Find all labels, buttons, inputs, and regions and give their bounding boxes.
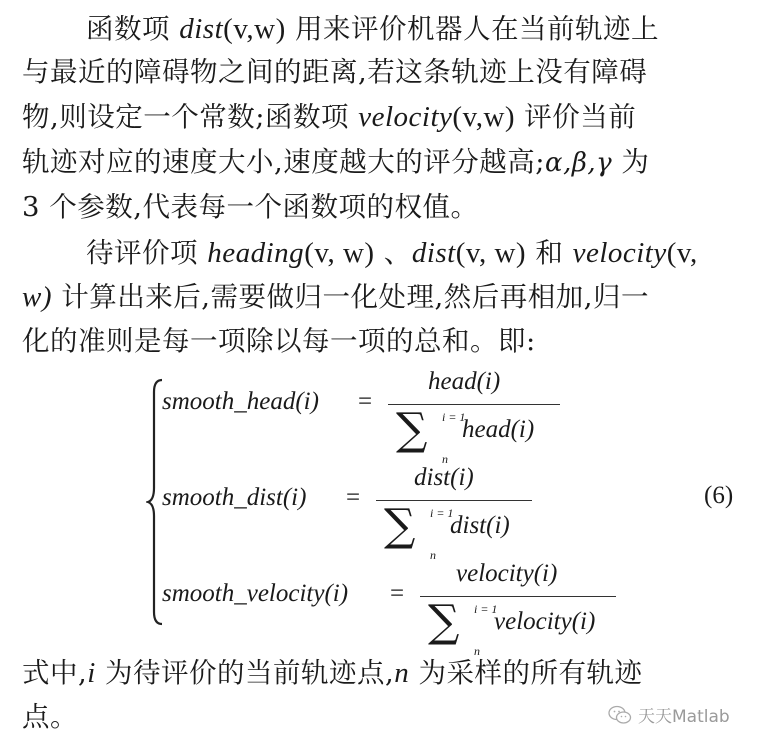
math-term: dist [179, 13, 223, 45]
denominator-term: head(i) [462, 416, 534, 444]
text: 评价当前 [515, 101, 636, 133]
text: 函数项 [86, 13, 179, 45]
eq-lhs: smooth_velocity(i) [162, 580, 348, 608]
para1-line4: 轨迹对应的速度大小,速度越大的评分越高;α,β,γ 为 [22, 143, 649, 182]
para1-line1: 函数项 dist(v,w) 用来评价机器人在当前轨迹上 [86, 10, 659, 48]
math-var: i [87, 657, 96, 689]
greek-params: α,β,γ [545, 148, 612, 178]
eq-equals: = [390, 580, 404, 608]
text: 轨迹对应的速度大小,速度越大的评分越高; [22, 146, 545, 178]
denominator-term: velocity(i) [494, 608, 595, 636]
math-term: velocity [358, 101, 452, 133]
para1-line2: 与最近的障碍物之间的距离,若这条轨迹上没有障碍 [22, 53, 647, 91]
para3-line1: 式中,i 为待评价的当前轨迹点,n 为采样的所有轨迹 [22, 654, 643, 692]
math-term: w) [22, 281, 52, 313]
math-var: n [394, 657, 409, 689]
text: 用来评价机器人在当前轨迹上 [286, 13, 659, 45]
equation-row-dist: smooth_dist(i) = dist(i) ∑ i = 1 n dist(… [162, 464, 582, 544]
wechat-icon [608, 705, 632, 725]
watermark-text: 天天Matlab [638, 702, 730, 727]
para1-line5: 3 个参数,代表每一个函数项的权值。 [22, 188, 478, 226]
eq-lhs: smooth_head(i) [162, 388, 319, 416]
eq-equals: = [358, 388, 372, 416]
para3-line2: 点。 [22, 698, 78, 736]
numerator: dist(i) [414, 464, 474, 492]
text: 、 [375, 237, 412, 269]
text: 为采样的所有轨迹 [409, 657, 642, 689]
watermark: 天天Matlab [608, 702, 730, 727]
text: 物,则设定一个常数;函数项 [22, 101, 358, 133]
math-args: (v,w) [223, 13, 286, 45]
math-args: (v,w) [452, 101, 515, 133]
text: 式中, [22, 657, 87, 689]
sigma-icon: ∑ [384, 500, 415, 551]
text: 待评价项 [86, 237, 207, 269]
para2-line3: 化的准则是每一项除以每一项的总和。即: [22, 322, 536, 360]
eq-equals: = [346, 484, 360, 512]
para2-line2: w) 计算出来后,需要做归一化处理,然后再相加,归一 [22, 278, 649, 316]
math-args: (v, w) [304, 237, 374, 269]
equation-number: (6) [704, 482, 733, 510]
denominator-term: dist(i) [450, 512, 510, 540]
eq-lhs: smooth_dist(i) [162, 484, 306, 512]
equation-row-velocity: smooth_velocity(i) = velocity(i) ∑ i = 1… [162, 560, 632, 640]
text: 为 [612, 146, 649, 178]
numerator: head(i) [428, 368, 500, 396]
para1-line3: 物,则设定一个常数;函数项 velocity(v,w) 评价当前 [22, 98, 636, 136]
numerator: velocity(i) [456, 560, 557, 588]
math-term: heading [207, 237, 304, 269]
math-args: (v, w) [456, 237, 526, 269]
math-term: velocity [573, 237, 667, 269]
text: 计算出来后,需要做归一化处理,然后再相加,归一 [52, 281, 649, 313]
math-args: (v, [667, 237, 698, 269]
text: 为待评价的当前轨迹点, [96, 657, 394, 689]
para2-line1: 待评价项 heading(v, w) 、dist(v, w) 和 velocit… [86, 234, 698, 272]
sigma-icon: ∑ [396, 404, 427, 455]
sigma-icon: ∑ [428, 596, 459, 647]
math-term: dist [412, 237, 456, 269]
text: 和 [526, 237, 572, 269]
equation-row-head: smooth_head(i) = head(i) ∑ i = 1 n head(… [162, 368, 582, 448]
